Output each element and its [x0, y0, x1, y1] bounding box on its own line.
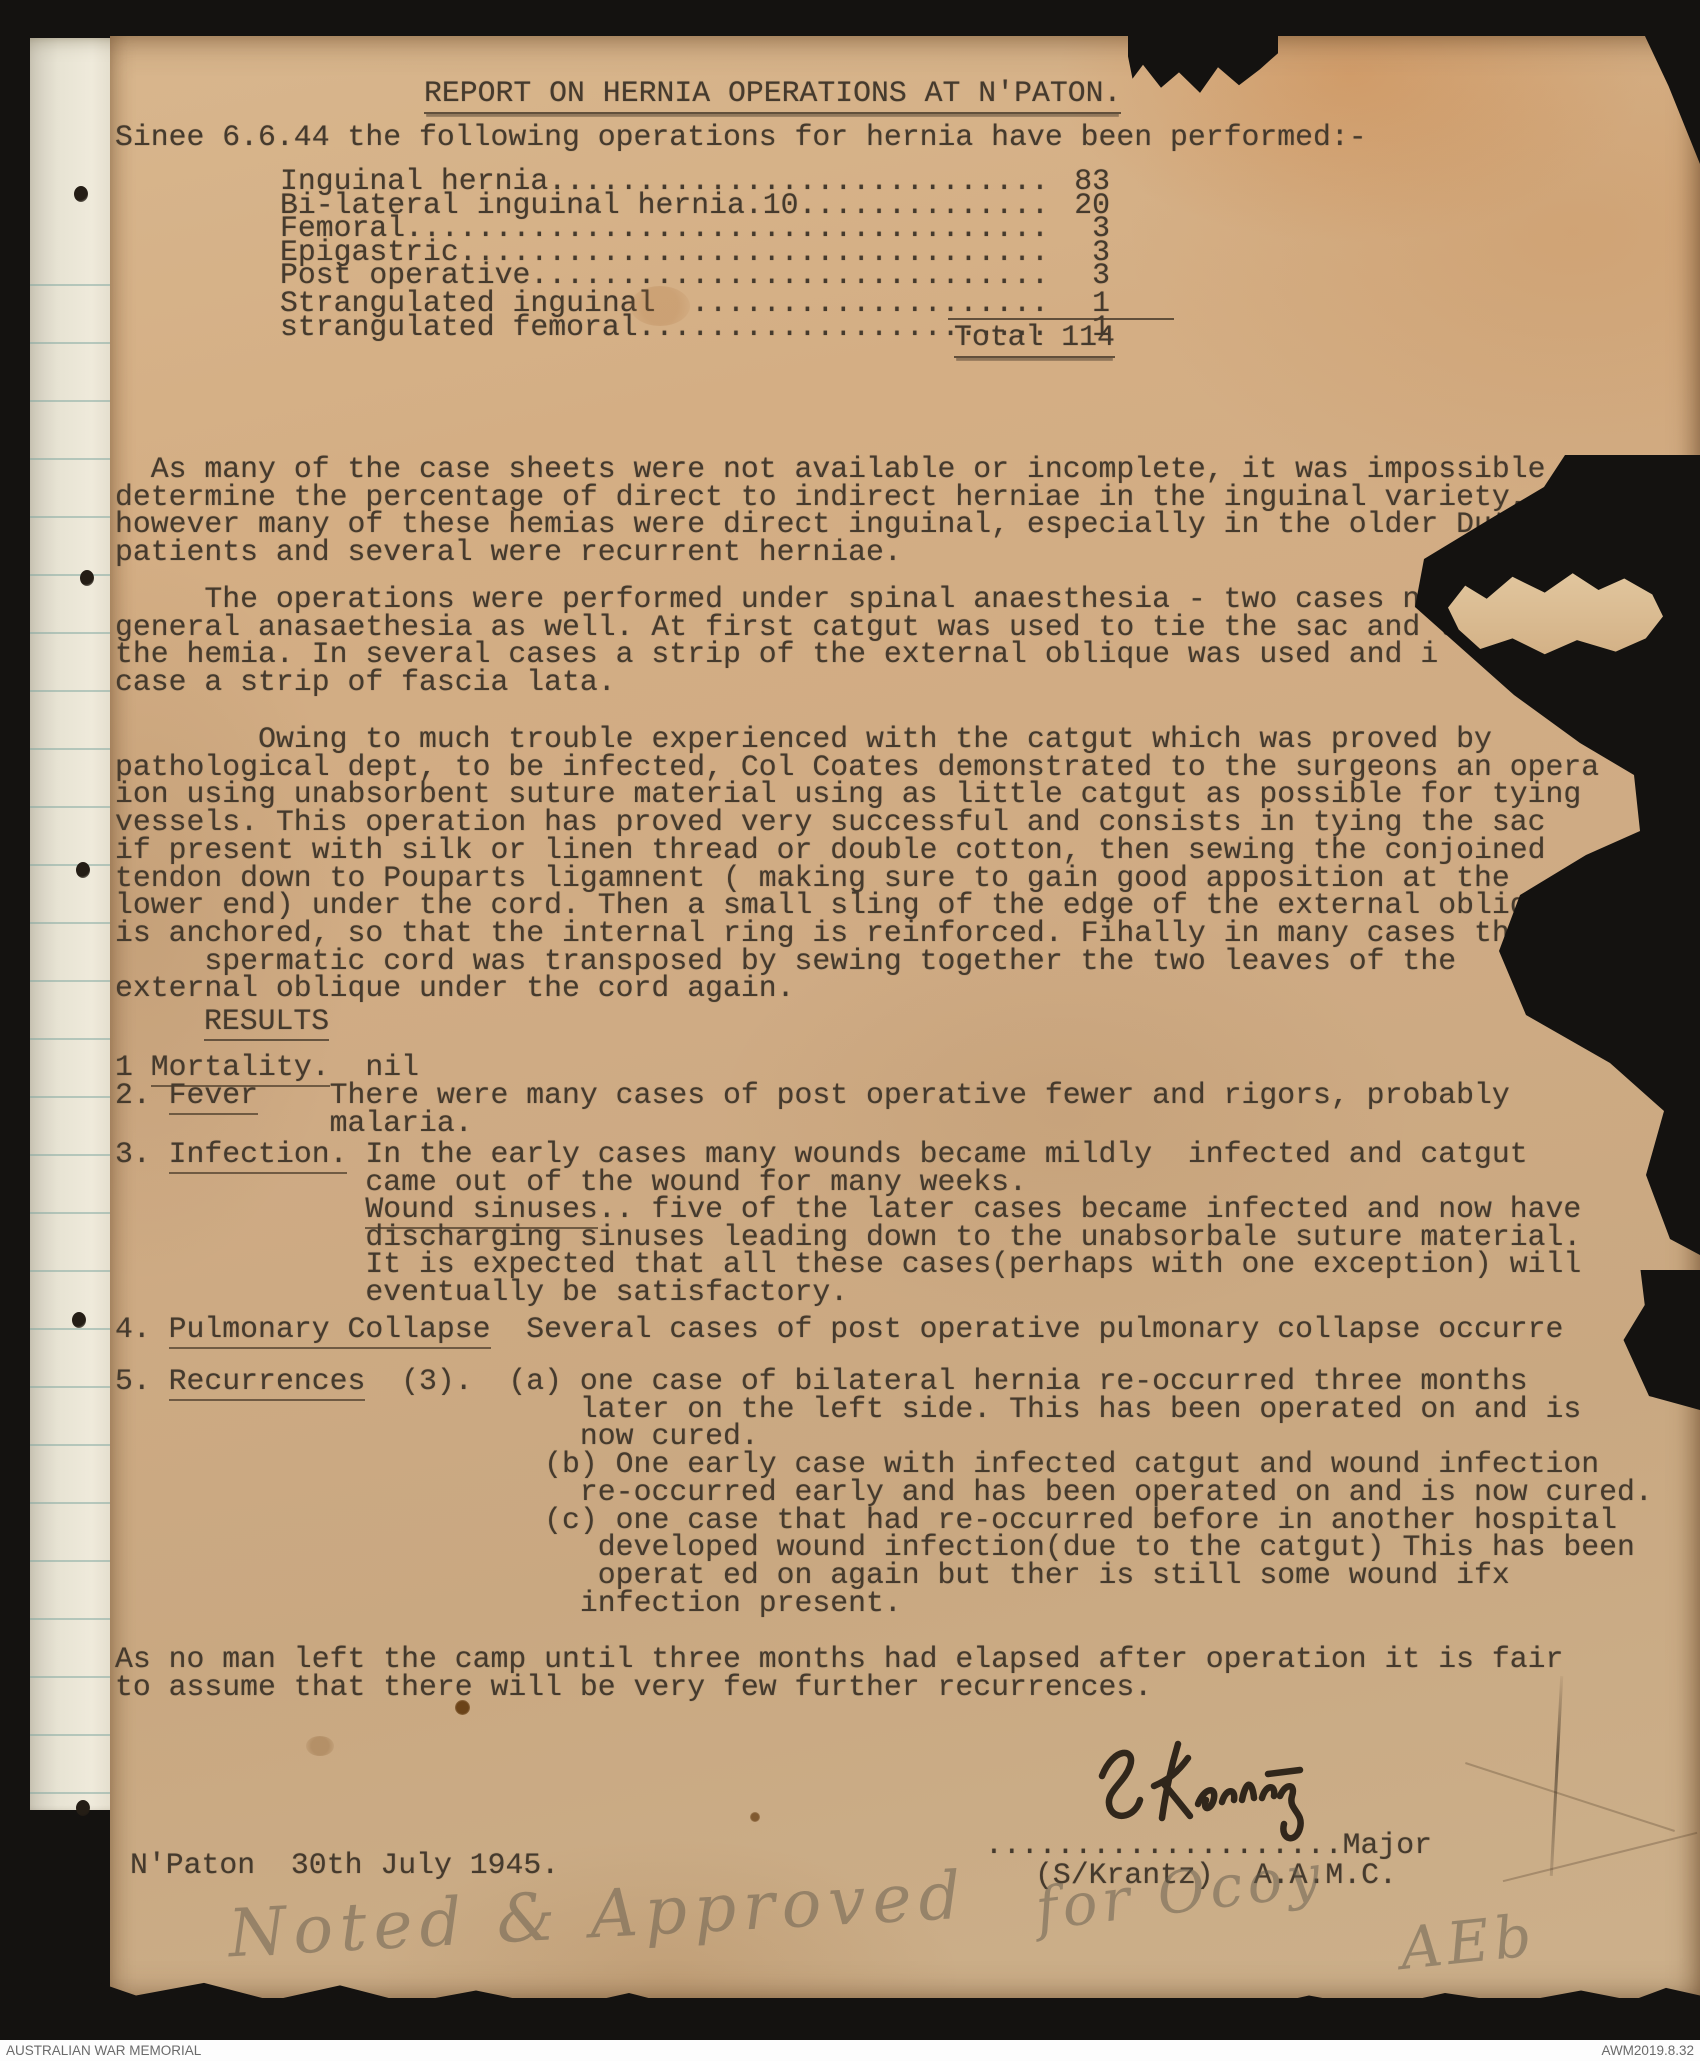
- total-text: Total 114: [954, 320, 1115, 358]
- results-heading: RESULTS: [204, 1008, 329, 1036]
- typed-report-sheet: REPORT ON HERNIA OPERATIONS AT N'PATON. …: [110, 36, 1700, 1998]
- paper-crack: [1550, 1676, 1563, 1876]
- results-heading-text: RESULTS: [204, 1004, 329, 1041]
- result-item-wound-sinuses: Wound sinuses.. five of the later cases …: [115, 1196, 1675, 1307]
- pencil-note-initials: AEb: [1397, 1901, 1540, 1983]
- archive-name: AUSTRALIAN WAR MEMORIAL: [6, 2043, 201, 2058]
- closing-paragraph: As no man left the camp until three mont…: [115, 1646, 1675, 1701]
- result-item-infection: 3. Infection. In the early cases many wo…: [115, 1141, 1675, 1196]
- result-item-fever: 2. Fever There were many cases of post o…: [115, 1082, 1675, 1137]
- result-term: Pulmonary Collapse: [169, 1312, 491, 1349]
- intro-line: Sinee 6.6.44 the following operations fo…: [115, 124, 1367, 152]
- result-text: Several cases of post operative pulmonar…: [491, 1312, 1564, 1346]
- paper-stain: [306, 1736, 334, 1756]
- archive-id: AWM2019.8.32: [1601, 2043, 1694, 2058]
- punch-hole: [72, 1312, 86, 1328]
- result-text: There were many cases of post operative …: [115, 1078, 1510, 1140]
- fold-crease: [1503, 1832, 1698, 1882]
- place-date-line: N'Paton 30th July 1945.: [130, 1852, 559, 1880]
- punch-hole: [76, 862, 90, 878]
- operation-name: strangulated femoral: [280, 310, 638, 344]
- archive-credit-strip: AUSTRALIAN WAR MEMORIAL AWM2019.8.32: [0, 2040, 1700, 2061]
- report-title-text: REPORT ON HERNIA OPERATIONS AT N'PATON.: [424, 76, 1121, 114]
- paper-stain: [630, 286, 690, 326]
- punch-hole: [80, 570, 94, 586]
- result-number: 4.: [115, 1312, 169, 1346]
- result-item-pulmonary-collapse: 4. Pulmonary Collapse Several cases of p…: [115, 1316, 1675, 1344]
- ink-stain: [750, 1812, 760, 1822]
- paragraph-catgut: Owing to much trouble experienced with t…: [115, 726, 1675, 1003]
- punch-hole: [76, 1800, 90, 1816]
- result-item-recurrences: 5. Recurrences (3). (a) one case of bila…: [115, 1368, 1675, 1617]
- punch-hole: [74, 186, 88, 202]
- ink-stain: [455, 1700, 470, 1715]
- result-text: (3). (a) one case of bilateral hernia re…: [115, 1364, 1653, 1620]
- total-line: Total 114: [948, 318, 1174, 352]
- report-title: REPORT ON HERNIA OPERATIONS AT N'PATON.: [424, 80, 1121, 108]
- scanned-document-page: REPORT ON HERNIA OPERATIONS AT N'PATON. …: [0, 0, 1700, 2061]
- fold-crease: [1465, 1762, 1675, 1832]
- signature-ink: [1062, 1716, 1342, 1866]
- rank-label: Major: [1343, 1828, 1432, 1862]
